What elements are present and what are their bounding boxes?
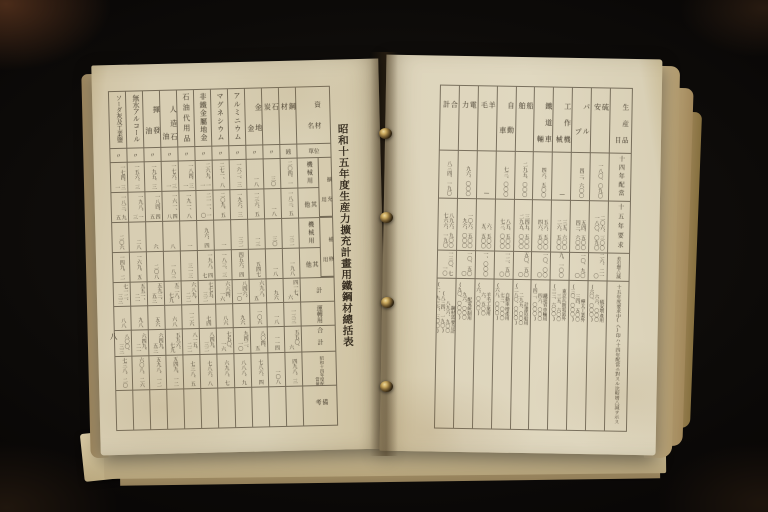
data-cell: 一一四	[267, 327, 285, 352]
row-label: 備考	[302, 386, 337, 426]
unit-cell: 〃	[211, 146, 228, 159]
data-cell: 一八	[263, 189, 281, 218]
data-cell: 一五六、三	[127, 162, 145, 191]
data-cell: 二六、二一〇	[588, 253, 607, 280]
data-cell: 六四九、二一	[131, 330, 149, 355]
unit-cell: 〃	[262, 145, 279, 158]
data-cell: 三四五、五〇〇 二九五、〇〇〇	[513, 200, 533, 251]
data-cell: 二〇六	[112, 223, 129, 252]
column-header: 非鐵金屬地金	[193, 90, 211, 146]
data-cell: 五〇、五〇〇	[512, 252, 531, 279]
data-cell: 二一一、一〇	[195, 191, 213, 220]
data-cell: 七七五、三二	[198, 281, 216, 304]
row-label: 昭和十四年度配當量	[301, 352, 336, 386]
label-column-header: 資材名	[295, 87, 330, 144]
data-cell	[116, 391, 133, 430]
table-row: 其他一九八一八五四七四五六、四一八三、三一九八、四七三一三一八三二〇八一六九、五…	[113, 247, 334, 282]
data-cell: 二〇九、五	[212, 190, 230, 219]
data-cell: 八五、五〇〇 七三、〇〇〇	[494, 200, 514, 251]
data-cell: 一八〇、〇九〇	[589, 153, 609, 200]
data-cell: 一〇、五〇〇	[455, 251, 474, 278]
data-cell	[251, 387, 269, 426]
data-cell: 一八四、四五	[144, 192, 162, 221]
data-cell	[234, 388, 252, 427]
data-cell: 六	[145, 222, 163, 251]
data-cell: 八一五、二二	[182, 329, 200, 354]
row-group-label: 擴充用	[318, 157, 332, 217]
data-cell: 八六	[215, 304, 233, 327]
column-header: 無水アルコール	[125, 91, 143, 147]
data-cell: 一六二、三	[229, 160, 247, 189]
table-row: 機械用三二三〇一三三二一九六、四一八六二八二〇六	[112, 217, 333, 252]
data-cell: 六四九、五三	[148, 330, 166, 355]
binding-rivet-icon	[380, 381, 393, 392]
data-cell: 五四九、一二	[165, 355, 183, 388]
data-cell: 一八四、三一	[178, 161, 196, 190]
data-cell: 九四二、一〇	[233, 328, 251, 353]
data-cell: 一〇六	[249, 303, 267, 326]
data-cell: 七三八、五	[182, 355, 200, 388]
data-cell: 八〇四、五	[250, 327, 268, 352]
table-row: 十四年配當一八〇、〇九〇四三、六〇〇—四六、五〇〇二九五、〇〇〇七三、〇〇〇—九…	[439, 150, 631, 201]
data-cell: 七三八、二〇	[115, 357, 132, 390]
data-cell: 一八	[265, 249, 283, 278]
data-cell: 一三〇、七一〇	[438, 251, 456, 278]
data-cell: 一〇、九〇〇	[569, 253, 588, 280]
unit-cell: 〃	[160, 147, 177, 160]
table-row: 備考	[116, 385, 337, 430]
data-cell: 五五〇、六	[284, 327, 302, 352]
right-page: 生産品目硫安パルプ工作機械鐵道車輛船舶自動車羊毛電力合計十四年配當一八〇、〇九〇…	[380, 55, 663, 456]
page-number: 八	[110, 331, 118, 342]
data-cell: 一〇八	[267, 353, 285, 386]
column-header: 自動車	[495, 87, 515, 151]
data-cell: 配電統制用 九六、〇〇〇 (九〇、〇〇〇)	[453, 279, 474, 428]
data-cell: 一〇六、五〇〇 九六、〇〇〇	[456, 199, 476, 250]
data-cell: 九六、〇〇〇	[457, 151, 477, 198]
data-cell: 五五一、二一	[130, 282, 148, 305]
column-header: 石炭	[261, 88, 279, 144]
data-cell: —	[476, 151, 496, 198]
data-cell: 二七一、八	[212, 160, 230, 189]
label-column-header: 生産品目	[609, 89, 632, 153]
data-cell: 一九一、八	[178, 191, 196, 220]
data-cell: 一八三、三	[214, 250, 232, 279]
data-cell: 二六九、一一	[195, 161, 213, 190]
data-cell: 一九八、四七	[197, 251, 215, 280]
data-cell: 鐵道省車輛用 四六、〇〇〇 (四二、〇〇〇)	[528, 280, 549, 429]
unit-cell: 〃	[245, 145, 262, 158]
data-cell: 一八三	[163, 251, 181, 280]
row-label: 合計	[301, 326, 336, 352]
data-cell: 一九八、一三	[127, 192, 145, 221]
column-header: 硫安	[590, 88, 610, 152]
data-cell: 三一三	[180, 251, 198, 280]
table-row: 十五年度要求中(ヘ)印ハ十四年配當ニ對スル比較增△減ヲ示ス硫安增產用 六六、〇〇…	[435, 278, 629, 431]
data-cell: 七五〇、一六	[216, 328, 234, 353]
unit-cell: 〃	[194, 147, 211, 160]
data-cell	[217, 388, 235, 427]
data-cell: 羊毛工業用 六、五〇〇 (六、〇〇〇)	[472, 279, 493, 428]
data-cell: 六八九、二二	[181, 281, 199, 304]
unit-cell: 〃	[228, 146, 245, 159]
data-cell: 九、一〇〇	[550, 253, 569, 280]
table-row: 差引增△減二六、二一〇一〇、九〇〇九、一〇〇一〇、〇〇〇五〇、五〇〇一二、五〇〇…	[438, 250, 629, 281]
binding-rivet-icon	[380, 212, 393, 223]
data-cell: 六、五〇〇 五、五〇〇	[475, 199, 495, 250]
data-cell: 一六九、五	[129, 252, 147, 281]
data-cell: 一八	[246, 159, 264, 188]
data-cell: —	[551, 153, 571, 200]
data-cell: 九八	[130, 306, 148, 329]
data-cell: 五四七	[248, 249, 266, 278]
data-cell: 五四、五〇〇 四三、六〇〇	[569, 201, 589, 252]
unit-label: 單位	[296, 144, 330, 158]
data-cell: 六九八、五	[249, 279, 267, 302]
data-cell: 八九六、九〇〇 七六六、一九〇	[438, 199, 457, 250]
data-cell: 計畫造船用 二九五、〇〇〇 (二八〇、〇〇〇)	[510, 280, 531, 429]
data-cell: 一七六、三一	[161, 161, 179, 190]
binding-rivet-icon	[381, 297, 394, 308]
row-label: 運轉用	[300, 302, 335, 326]
column-header: 羊毛	[477, 86, 497, 150]
data-cell: 四九八、三	[284, 353, 302, 386]
table-row: 合計五五〇、六一一四八〇四、五九四二、一〇七五〇、一六八四九、三二八一五、二二五…	[115, 325, 336, 356]
data-cell: 八	[162, 221, 180, 250]
data-cell: 樺太工業外 三四、五〇〇 (三〇、〇〇〇)	[566, 281, 587, 430]
data-cell: 五六	[147, 306, 165, 329]
data-cell	[285, 387, 303, 426]
data-cell: 一二、五〇〇	[493, 252, 512, 279]
data-cell: 五九六、七九	[165, 329, 183, 354]
column-header: 石油代用品	[176, 90, 194, 146]
unit-cell: 〃	[110, 149, 126, 162]
data-cell: 一、〇〇〇	[474, 251, 493, 278]
data-cell: 三〇	[264, 219, 282, 248]
data-cell: 一三六、五	[246, 189, 264, 218]
column-header: マグネシウム	[210, 89, 228, 145]
data-cell: 六九八、七	[216, 354, 234, 387]
data-cell: 六六四、一六	[215, 280, 233, 303]
data-cell: 一九五、三	[144, 162, 162, 191]
data-cell	[200, 389, 218, 428]
data-cell: 一二六	[181, 305, 199, 328]
table-row: 十五年要求二〇六、三〇〇 一八〇、〇九〇五四、五〇〇 四三、六〇〇三五、六〇〇 …	[438, 198, 630, 253]
binding-rivet-icon	[379, 128, 392, 139]
left-page: 資材名鋼材石炭金地金アルミニウムマグネシウム非鐵金屬地金石油代用品人造石油揮發油…	[91, 59, 387, 456]
column-header: 揮發油	[142, 91, 160, 147]
data-cell: 二〇四、一	[280, 159, 298, 188]
data-cell: 二〇六、三〇〇 一八〇、〇九〇	[588, 201, 608, 252]
column-header: 人造石油	[159, 91, 177, 147]
data-cell: 一八三、五	[280, 189, 298, 218]
data-cell: 五六、五〇〇 四六、五〇〇	[532, 200, 552, 251]
data-cell: 八四六、一〇	[232, 280, 250, 303]
data-cell: 一六一、四八	[161, 191, 179, 220]
data-cell: 一	[179, 221, 197, 250]
data-cell: 一八三、九五	[111, 193, 128, 222]
row-label: 差引增△減	[607, 254, 629, 281]
data-cell: 七一二、三三	[114, 283, 131, 306]
data-cell: 二九五、〇〇〇	[514, 152, 534, 199]
data-cell: 五九八、一二	[148, 356, 166, 389]
data-cell: 三〇	[263, 159, 281, 188]
column-header: 合計	[440, 86, 459, 150]
data-cell: 自動車增產用 七三、〇〇〇 (六八、〇〇〇)	[491, 280, 512, 429]
data-cell: 一三	[247, 219, 265, 248]
column-header: 電力	[458, 86, 478, 150]
data-cell: 三二	[281, 219, 299, 248]
column-header: ソーダ灰及工業鹽	[109, 92, 126, 148]
data-cell: 七八六、八	[199, 355, 217, 388]
allocation-table: 生産品目硫安パルプ工作機械鐵道車輛船舶自動車羊毛電力合計十四年配當一八〇、〇九〇…	[434, 85, 633, 432]
data-cell: 四一七、六	[283, 279, 301, 302]
column-header: パルプ	[571, 88, 591, 152]
table-header-row: 生産品目硫安パルプ工作機械鐵道車輛船舶自動車羊毛電力合計	[440, 86, 632, 153]
data-cell: 三二	[230, 220, 248, 249]
data-cell: 七三、〇〇〇	[495, 152, 515, 199]
row-group-label: 補修用	[319, 217, 333, 277]
data-cell: 四三、六〇〇	[570, 153, 590, 200]
binding-gutter	[370, 52, 398, 456]
data-cell: 四六、五〇〇	[532, 152, 552, 199]
data-cell: 一	[213, 220, 231, 249]
data-cell: 一九八	[282, 249, 300, 278]
data-cell: 八四九、三二	[199, 329, 217, 354]
data-cell: 九六、四	[196, 221, 214, 250]
page-title: 昭和十五年度生産力擴充計畫用鐵鋼材總括表	[336, 123, 353, 351]
data-cell	[132, 390, 150, 429]
data-cell: 五二八、七九	[164, 281, 182, 304]
data-cell: 六八	[164, 305, 182, 328]
data-cell: 九六	[232, 304, 250, 327]
table-row: 昭和十四年度配當量四九八、三一〇八七八六、四八八八、九六九八、七七八六、八七三八…	[115, 351, 336, 390]
row-label: 十五年度要求中(ヘ)印ハ十四年配當ニ對スル比較增△減ヲ示ス	[604, 281, 629, 430]
data-cell	[149, 390, 167, 429]
unit-cell: 〃	[126, 148, 143, 161]
data-cell: 八八八、九	[233, 354, 251, 387]
photo-scene: 資材名鋼材石炭金地金アルミニウムマグネシウム非鐵金屬地金石油代用品人造石油揮發油…	[0, 0, 768, 512]
row-label: 十四年配當	[608, 154, 631, 201]
column-header: 船舶	[514, 87, 534, 151]
data-cell: 三五、六〇〇 二六、五〇〇	[550, 201, 570, 252]
unit-cell: 瓲	[279, 145, 296, 158]
data-cell: 一三三	[283, 303, 301, 326]
table-row: 機械用二〇四、一三〇一八一六二、三二七一、八二六九、一一一八四、三一一七六、三一…	[111, 157, 332, 192]
data-cell: 東京瓦斯電氣外 三五、六〇〇 (三三、六〇〇)	[547, 281, 568, 430]
data-cell: 一四九、二	[113, 253, 130, 282]
data-cell: 七八六、四	[250, 353, 268, 386]
data-cell	[268, 387, 286, 426]
column-header: 工作機械	[552, 88, 572, 152]
data-cell: 一九六、三	[229, 190, 247, 219]
column-header: アルミニウム	[227, 89, 245, 145]
materials-table: 資材名鋼材石炭金地金アルミニウムマグネシウム非鐵金屬地金石油代用品人造石油揮發油…	[108, 86, 338, 431]
row-label: 十五年要求	[607, 202, 630, 253]
data-cell	[183, 389, 201, 428]
data-cell: 九六	[266, 279, 284, 302]
table-header-row: 資材名鋼材石炭金地金アルミニウムマグネシウム非鐵金屬地金石油代用品人造石油揮發油…	[109, 87, 330, 148]
data-cell: 二八	[128, 222, 146, 251]
unit-cell: 〃	[143, 148, 160, 161]
column-header: 鋼材	[278, 88, 296, 144]
column-header: 金地金	[244, 88, 262, 144]
data-cell: 一〇、〇〇〇	[531, 252, 550, 279]
row-label: 計	[300, 278, 335, 302]
data-cell	[166, 389, 184, 428]
data-cell: 一八	[266, 303, 284, 326]
data-cell: 二〇八	[146, 252, 164, 281]
column-header: 鐵道車輛	[533, 87, 553, 151]
data-cell: 四五六、四	[231, 250, 249, 279]
data-cell: 五九三、五三	[147, 282, 165, 305]
data-cell: 七四	[198, 305, 216, 328]
data-cell: 六〇八、二六	[131, 356, 149, 389]
data-cell: 硫安增產用 六六、〇〇〇 (六〇、〇〇〇)	[585, 281, 606, 430]
data-cell: 八三四、一九〇	[439, 151, 458, 198]
data-cell: 八八	[114, 307, 131, 330]
data-cell: 一七四、三一	[111, 163, 128, 192]
data-cell: 鋼材需要合計 八九六、九〇〇 (八三四、一九〇) (一、九三六、三〇〇)	[435, 279, 455, 428]
table-row: 其他一八三、五一八一三六、五一九六、三二〇九、五二一一、一〇一九一、八一六一、四…	[111, 187, 332, 222]
unit-cell: 〃	[177, 147, 194, 160]
